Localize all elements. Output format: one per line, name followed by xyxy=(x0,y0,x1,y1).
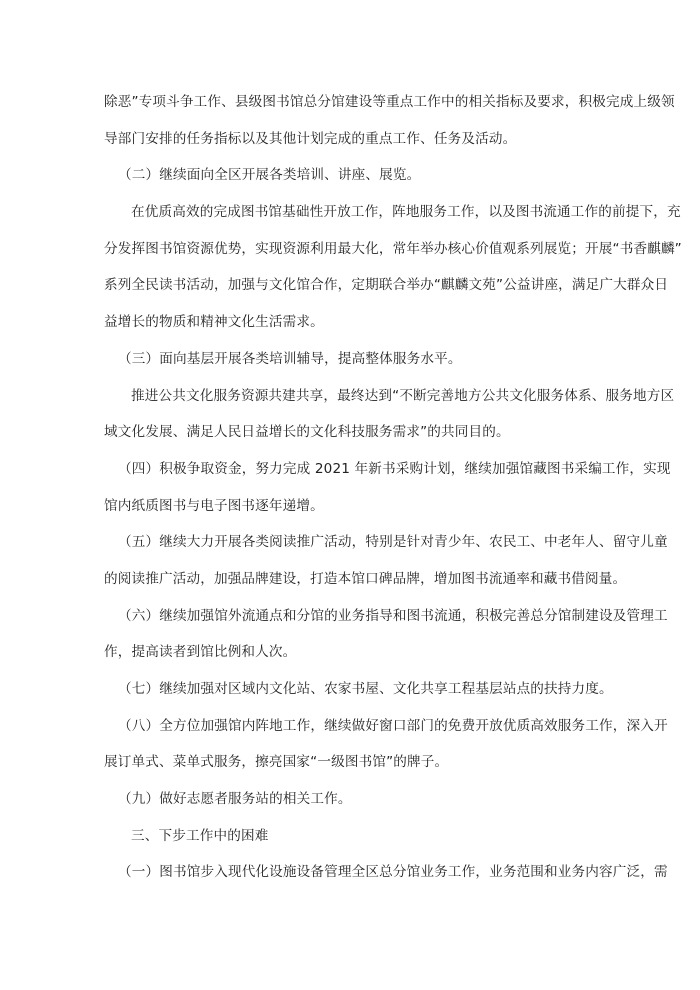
section-item-5: （五）继续大力开展各类阅读推广活动，特别是针对青少年、农民工、中老年人、留守儿童 xyxy=(104,532,600,569)
paragraph-line: 域文化发展、满足人民日益增长的文化科技服务需求”的共同目的。 xyxy=(104,422,600,459)
document-page: 除恶”专项斗争工作、县级图书馆总分馆建设等重点工作中的相关指标及要求，积极完成上… xyxy=(104,92,600,899)
section-item-4: （四）积极争取资金，努力完成 2021 年新书采购计划，继续加强馆藏图书采编工作… xyxy=(104,459,600,496)
paragraph-line: 推进公共文化服务资源共建共享，最终达到“不断完善地方公共文化服务体系、服务地方区 xyxy=(104,386,600,423)
section-item-6: （六）继续加强馆外流通点和分馆的业务指导和图书流通，积极完善总分馆制建设及管理工 xyxy=(104,606,600,643)
difficulty-item-1: （一）图书馆步入现代化设施设备管理全区总分馆业务工作，业务范围和业务内容广泛，需 xyxy=(104,862,600,899)
section-heading-2: （二）继续面向全区开展各类培训、讲座、展览。 xyxy=(104,165,600,202)
paragraph-line: 益增长的物质和精神文化生活需求。 xyxy=(104,312,600,349)
paragraph-line: 分发挥图书馆资源优势，实现资源利用最大化，常年举办核心价值观系列展览；开展“书香… xyxy=(104,239,600,276)
section-heading-3: （三）面向基层开展各类培训辅导，提高整体服务水平。 xyxy=(104,349,600,386)
paragraph-line: 馆内纸质图书与电子图书逐年递增。 xyxy=(104,496,600,533)
paragraph-line: 系列全民读书活动，加强与文化馆合作，定期联合举办“麒麟文苑”公益讲座，满足广大群… xyxy=(104,275,600,312)
paragraph-line: 展订单式、菜单式服务，擦亮国家“一级图书馆”的牌子。 xyxy=(104,752,600,789)
paragraph-line: 在优质高效的完成图书馆基础性开放工作，阵地服务工作，以及图书流通工作的前提下，充 xyxy=(104,202,600,239)
paragraph-line: 的阅读推广活动，加强品牌建设，打造本馆口碑品牌，增加图书流通率和藏书借阅量。 xyxy=(104,569,600,606)
paragraph-line: 作，提高读者到馆比例和人次。 xyxy=(104,642,600,679)
section-item-7: （七）继续加强对区域内文化站、农家书屋、文化共享工程基层站点的扶持力度。 xyxy=(104,679,600,716)
section-item-9: （九）做好志愿者服务站的相关工作。 xyxy=(104,789,600,826)
paragraph-line: 除恶”专项斗争工作、县级图书馆总分馆建设等重点工作中的相关指标及要求，积极完成上… xyxy=(104,92,600,129)
chapter-heading-3: 三、下步工作中的困难 xyxy=(104,826,600,863)
paragraph-line: 导部门安排的任务指标以及其他计划完成的重点工作、任务及活动。 xyxy=(104,129,600,166)
section-item-8: （八）全方位加强馆内阵地工作，继续做好窗口部门的免费开放优质高效服务工作，深入开 xyxy=(104,716,600,753)
